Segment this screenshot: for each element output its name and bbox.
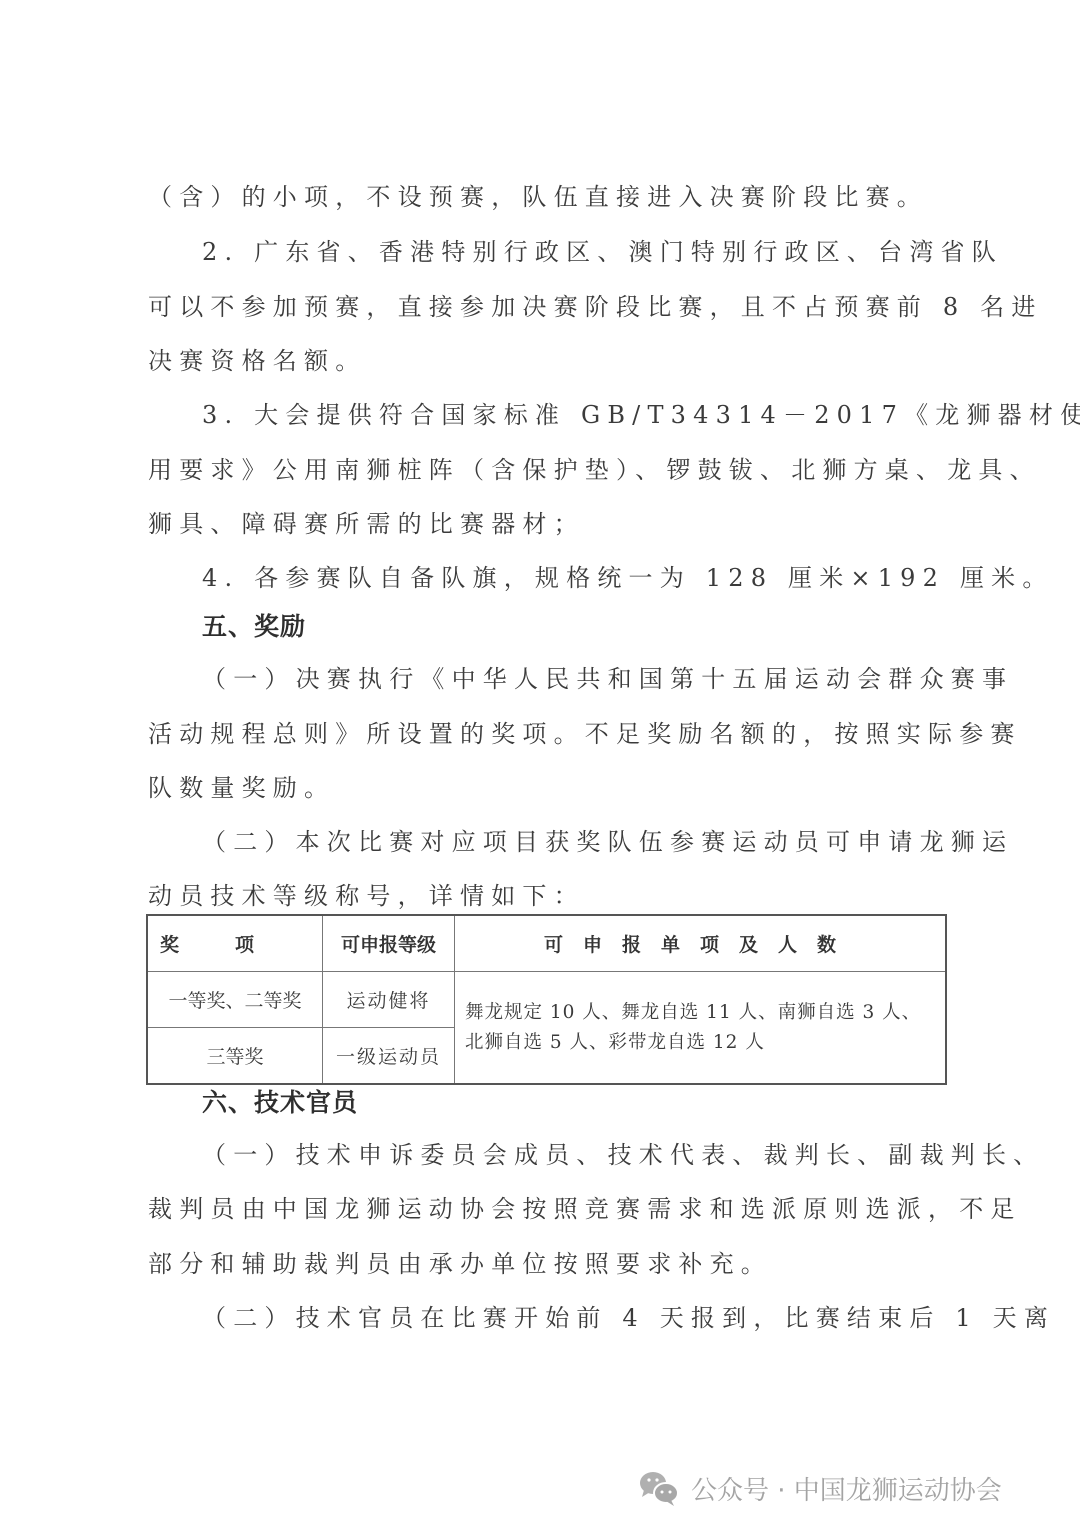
level-cell: 运动健将 xyxy=(323,972,455,1028)
text-line: 裁判员由中国龙狮运动协会按照竞赛需求和选派原则选派，不足 xyxy=(148,1194,948,1224)
section-heading-awards: 五、奖励 xyxy=(202,612,306,642)
award-cell: 一等奖、二等奖 xyxy=(147,972,323,1028)
text-line: 2. 广东省、香港特别行政区、澳门特别行政区、台湾省队 xyxy=(202,237,948,267)
text-line: 活动规程总则》所设置的奖项。不足奖励名额的，按照实际参赛 xyxy=(148,719,948,749)
text-line: （二）本次比赛对应项目获奖队伍参赛运动员可申请龙狮运 xyxy=(202,827,948,857)
text-line: （一）决赛执行《中华人民共和国第十五届运动会群众赛事 xyxy=(202,664,948,694)
footer-watermark: 公众号 · 中国龙狮运动协会 xyxy=(637,1468,1002,1508)
text-line: 决赛资格名额。 xyxy=(148,346,948,376)
text-line: （二）技术官员在比赛开始前 4 天报到，比赛结束后 1 天离 xyxy=(202,1303,948,1333)
table-row: 一等奖、二等奖 运动健将 舞龙规定 10 人、舞龙自选 11 人、南狮自选 3 … xyxy=(147,972,946,1028)
table-header-row: 奖项 可申报等级 可申报单项及人数 xyxy=(147,915,946,972)
detail-cell: 舞龙规定 10 人、舞龙自选 11 人、南狮自选 3 人、北狮自选 5 人、彩带… xyxy=(455,972,947,1085)
awards-table: 奖项 可申报等级 可申报单项及人数 一等奖、二等奖 运动健将 舞龙规定 10 人… xyxy=(146,914,947,1085)
level-cell: 一级运动员 xyxy=(323,1028,455,1085)
header-award: 奖项 xyxy=(147,915,323,972)
text-line: 动员技术等级称号，详情如下： xyxy=(148,881,948,911)
footer-label: 公众号 · 中国龙狮运动协会 xyxy=(691,1470,1002,1507)
text-line: 4. 各参赛队自备队旗，规格统一为 128 厘米×192 厘米。 xyxy=(202,563,948,593)
award-cell: 三等奖 xyxy=(147,1028,323,1085)
text-line: （一）技术申诉委员会成员、技术代表、裁判长、副裁判长、 xyxy=(202,1140,948,1170)
wechat-icon xyxy=(637,1468,681,1508)
text-line: 用要求》公用南狮桩阵（含保护垫）、锣鼓钹、北狮方桌、龙具、 xyxy=(148,455,948,485)
section-heading-officials: 六、技术官员 xyxy=(202,1088,358,1118)
text-line: 队数量奖励。 xyxy=(148,773,948,803)
text-line: 部分和辅助裁判员由承办单位按照要求补充。 xyxy=(148,1249,948,1279)
text-line: 3. 大会提供符合国家标准 GB/T34314－2017《龙狮器材使 xyxy=(202,400,948,430)
text-line: （含）的小项，不设预赛，队伍直接进入决赛阶段比赛。 xyxy=(148,182,948,212)
header-level: 可申报等级 xyxy=(323,915,455,972)
header-detail: 可申报单项及人数 xyxy=(455,915,947,972)
text-line: 狮具、障碍赛所需的比赛器材； xyxy=(148,509,948,539)
text-line: 可以不参加预赛，直接参加决赛阶段比赛，且不占预赛前 8 名进 xyxy=(148,292,948,322)
